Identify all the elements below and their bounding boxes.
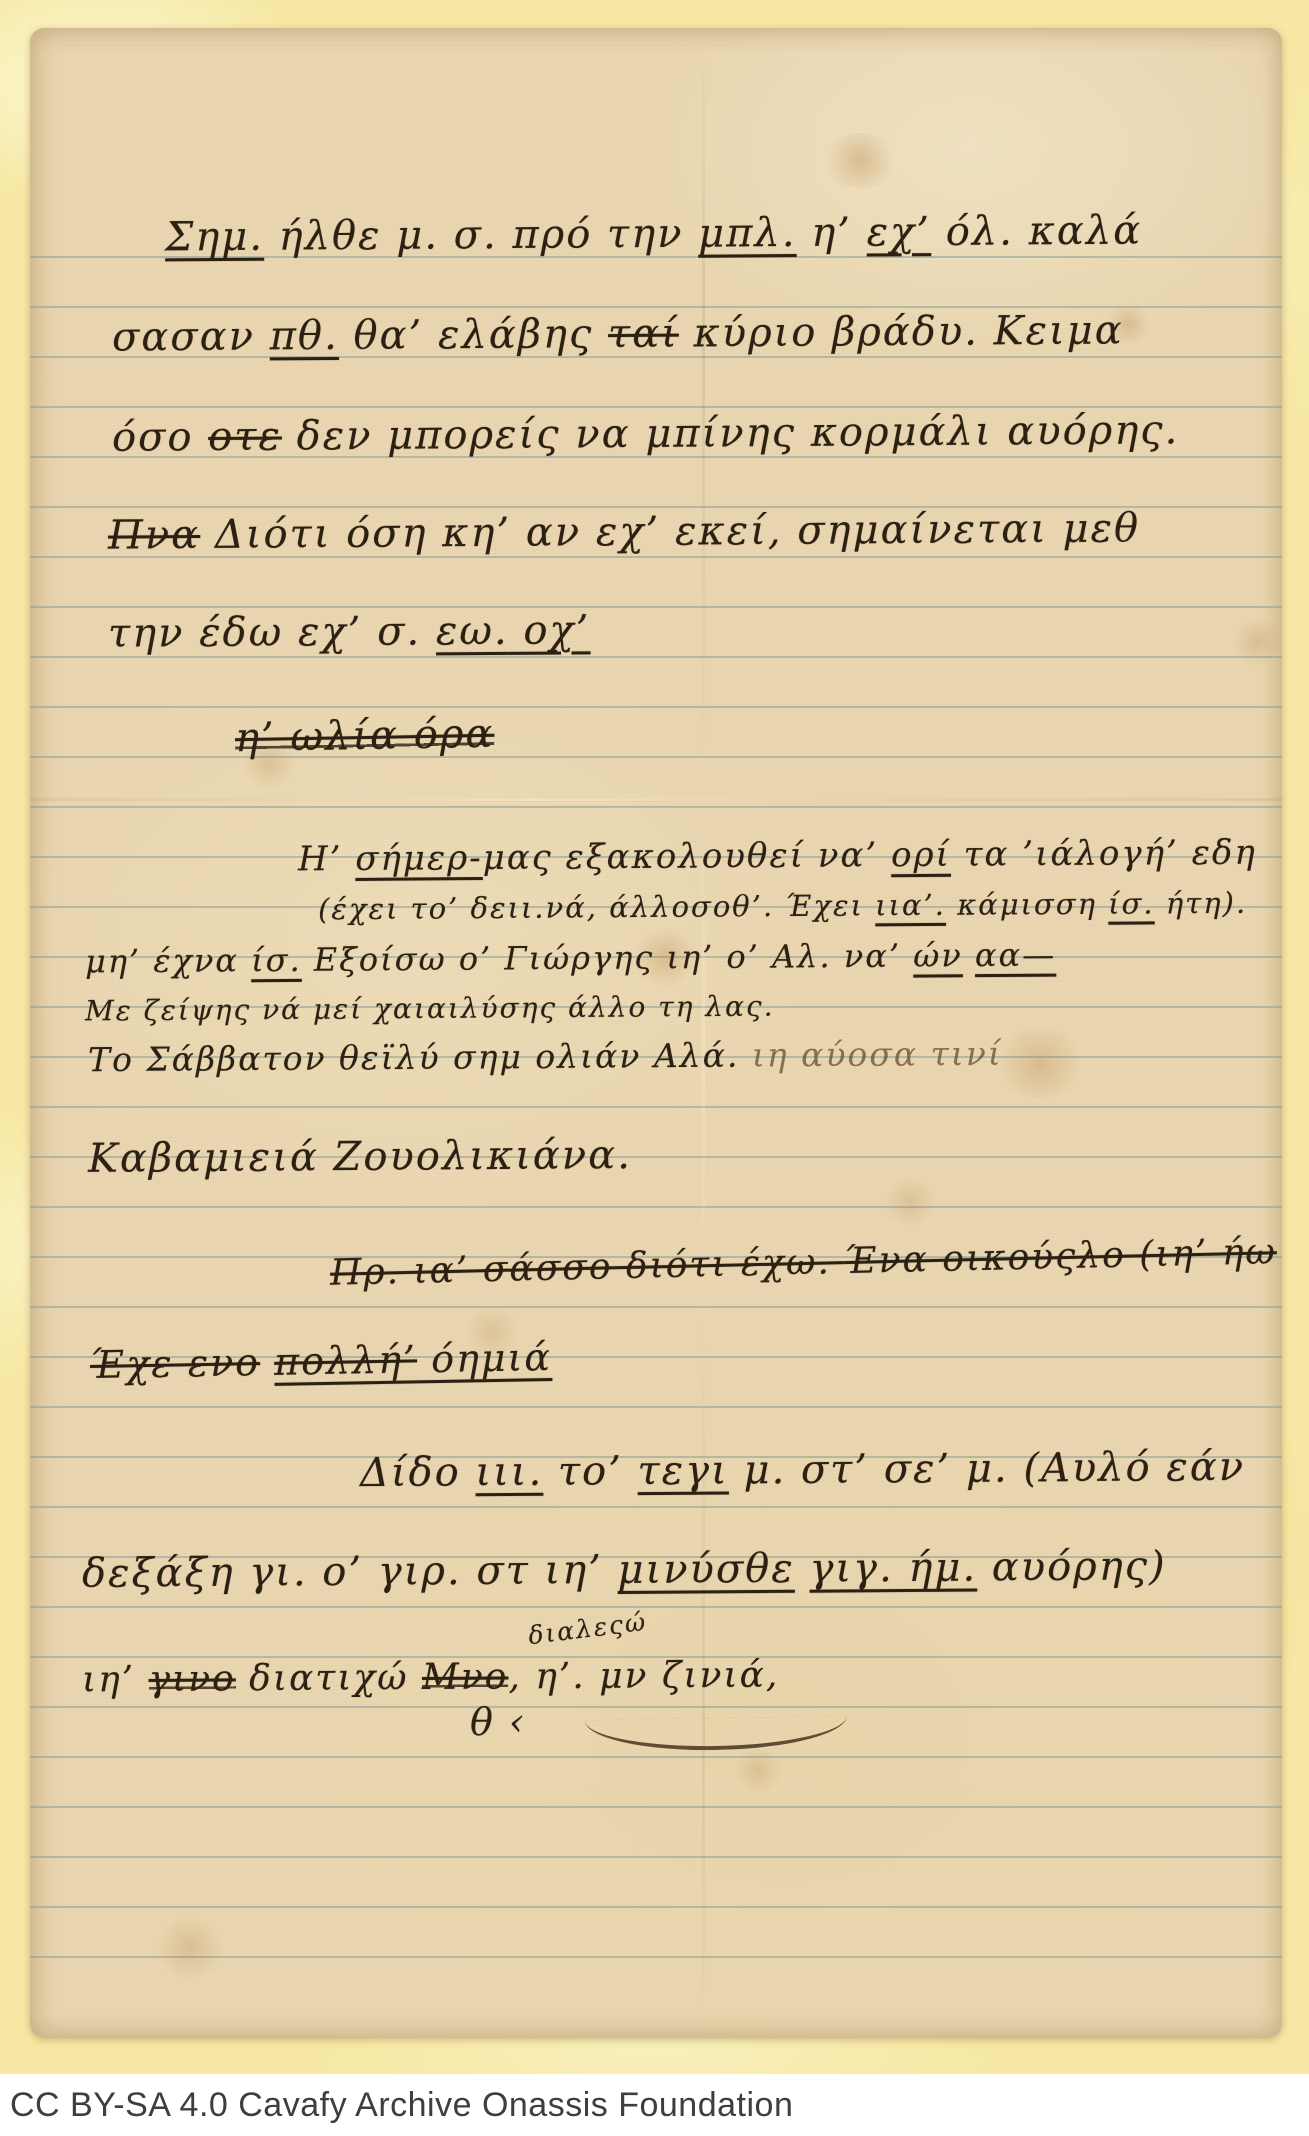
text-segment: γιγ. ήμ.	[809, 1545, 977, 1592]
struck-text-segment: η’ ωλία όρα	[235, 711, 495, 762]
text-segment: μη’ έχνα	[85, 941, 251, 980]
text-segment: σασαν	[112, 313, 270, 360]
handwriting-line-7: Η’ σήμερ-μας εξακολουθεί να’ ορί τα ’ιάλ…	[298, 833, 1257, 880]
foxing-stain	[990, 1028, 1090, 1098]
text-segment: ιια’.	[875, 888, 946, 922]
text-segment: εχ’	[866, 209, 931, 255]
text-segment: μπλ.	[698, 210, 797, 257]
text-segment: μινύσθε	[617, 1546, 794, 1593]
struck-text-segment: Πνα	[108, 512, 201, 559]
handwriting-insertion-word: διαλεςώ	[527, 1607, 649, 1650]
text-segment: Σημ.	[165, 214, 264, 261]
text-segment	[963, 936, 975, 974]
license-caption: CC BY-SA 4.0 Cavafy Archive Onassis Foun…	[0, 2086, 793, 2125]
text-segment: όλ. καλά	[931, 208, 1143, 255]
text-segment: θ ‹	[470, 1700, 526, 1744]
struck-text-segment: ταί	[608, 311, 679, 357]
text-segment: Εξοίσω ο’ Γιώργης ιη’ ο’ Αλ. να’	[302, 937, 914, 979]
text-segment: , η’. μν ζινιά,	[508, 1655, 779, 1698]
text-segment: ίσ.	[251, 941, 302, 979]
text-segment: διαλεςώ	[527, 1607, 649, 1650]
text-segment: πθ.	[270, 313, 339, 359]
foxing-stain	[150, 1918, 230, 1978]
text-segment: οχ’	[509, 607, 591, 654]
text-segment	[795, 1546, 810, 1592]
handwriting-line-1: Σημ. ήλθε μ. σ. πρό την μπλ. η’ εχ’ όλ. …	[165, 208, 1143, 261]
text-segment: δεξάξη γι. ο’ γιρ. στ ιη’	[82, 1547, 618, 1597]
text-segment: εω.	[436, 608, 509, 655]
struck-text-segment: πολλή’	[274, 1337, 418, 1383]
foxing-stain	[1230, 618, 1282, 666]
text-segment: ιιι.	[475, 1449, 543, 1495]
handwriting-line-10: Με ζείψης νά μεί χαιαιλύσης άλλο τη λας.	[85, 990, 775, 1028]
text-segment: κάμισση	[946, 887, 1108, 922]
handwriting-line-6: η’ ωλία όρα	[235, 711, 495, 762]
struck-text-segment: γινο	[148, 1658, 235, 1700]
text-segment: ίσ.	[1108, 886, 1155, 920]
foxing-stain	[880, 1178, 940, 1226]
text-segment: μας εξακολουθεί να’	[483, 835, 892, 878]
text-segment: σήμερ-	[355, 838, 483, 879]
text-segment: διατιχώ	[236, 1657, 422, 1699]
text-segment: όημιά	[417, 1335, 553, 1381]
text-segment: Με ζείψης νά μεί χαιαιλύσης άλλο τη λας.	[85, 990, 775, 1028]
handwriting-line-13: Πρ. ια’ σάσσο διότι έχω. Ένα οικούςλο (ι…	[330, 1231, 1278, 1293]
text-segment: το’	[543, 1448, 638, 1495]
foxing-stain	[730, 1748, 786, 1792]
handwriting-line-12: Καβαμιειά Ζουολικιάνα.	[88, 1132, 632, 1182]
faded-text-segment: ιη αύοσα τινί	[752, 1034, 1003, 1075]
handwriting-line-9: μη’ έχνα ίσ. Εξοίσω ο’ Γιώργης ιη’ ο’ Αλ…	[85, 936, 1056, 981]
text-segment: θα’ ελάβης	[339, 311, 609, 359]
text-segment: μ. στ’ σε’ μ. (Αυλό εάν	[729, 1444, 1246, 1494]
text-segment: τεγι	[637, 1448, 729, 1495]
handwriting-line-14: Έχε ενο πολλή’ όημιά	[90, 1335, 553, 1387]
handwriting-line-18: θ ‹	[470, 1700, 526, 1744]
text-segment: Δίδο	[360, 1449, 476, 1496]
text-segment: (έχει το’ δειι.νά, άλλοσοθ’. Έχει	[318, 888, 875, 926]
manuscript-page: Σημ. ήλθε μ. σ. πρό την μπλ. η’ εχ’ όλ. …	[30, 28, 1282, 2038]
struck-text-segment: Μνο	[422, 1656, 509, 1698]
text-segment	[260, 1340, 275, 1384]
pen-flourish-line	[585, 1716, 848, 1753]
text-segment: τα ’ιάλογή’ εδη	[951, 833, 1257, 875]
license-caption-bar: CC BY-SA 4.0 Cavafy Archive Onassis Foun…	[0, 2074, 1309, 2136]
handwriting-line-16: δεξάξη γι. ο’ γιρ. στ ιη’ μινύσθε γιγ. ή…	[82, 1543, 1167, 1597]
text-segment: όσο	[112, 414, 209, 461]
text-segment: αυόρης)	[977, 1543, 1167, 1590]
struck-text-segment: Πρ. ια’ σάσσο διότι έχω.	[330, 1241, 845, 1294]
text-segment: ήτη).	[1154, 886, 1247, 921]
text-segment: Το Σάββατον θεϊλύ σημ ολιάν Αλά.	[88, 1036, 752, 1080]
handwriting-line-4: Πνα Διότι όση κη’ αν εχ’ εκεί, σημαίνετα…	[108, 505, 1140, 558]
text-segment: ών	[913, 936, 963, 974]
struck-text-segment: Έχε ενο	[90, 1340, 261, 1387]
struck-text-segment: Ένα οικούςλο (ιη’ ήω	[844, 1231, 1277, 1282]
handwriting-line-11: Το Σάββατον θεϊλύ σημ ολιάν Αλά. ιη αύοσ…	[88, 1034, 1003, 1079]
text-segment: την έδω εχ’ σ.	[108, 608, 436, 656]
text-segment: ορί	[891, 835, 951, 875]
handwriting-line-5: την έδω εχ’ σ. εω. οχ’	[108, 607, 591, 656]
text-segment: αα—	[975, 936, 1056, 975]
foxing-stain	[820, 133, 900, 188]
text-segment: Η’	[298, 839, 356, 879]
handwriting-line-8: (έχει το’ δειι.νά, άλλοσοθ’. Έχει ιια’. …	[318, 886, 1247, 926]
text-segment: Διότι όση κη’ αν εχ’ εκεί, σημαίνεται με…	[200, 505, 1140, 558]
text-segment: Καβαμιειά Ζουολικιάνα.	[88, 1132, 632, 1182]
handwriting-line-2: σασαν πθ. θα’ ελάβης ταί κύριο βράδυ. Κε…	[112, 307, 1124, 360]
handwriting-line-3: όσο οτε δεν μπορείς να μπίνης κορμάλι αυ…	[112, 407, 1180, 460]
horizontal-fold-crease	[30, 798, 1282, 801]
handwriting-line-15: Δίδο ιιι. το’ τεγι μ. στ’ σε’ μ. (Αυλό ε…	[360, 1444, 1245, 1496]
text-segment: ιη’	[82, 1659, 149, 1700]
text-segment: κύριο βράδυ. Κειμα	[679, 307, 1124, 356]
handwriting-line-17: ιη’ γινο διατιχώ Μνο, η’. μν ζινιά,	[82, 1655, 780, 1701]
archival-mat-background: Σημ. ήλθε μ. σ. πρό την μπλ. η’ εχ’ όλ. …	[0, 0, 1309, 2074]
text-segment: δεν μπορείς να μπίνης κορμάλι αυόρης.	[282, 407, 1180, 459]
text-segment: ήλθε μ. σ. πρό την	[264, 211, 698, 260]
struck-text-segment: οτε	[208, 414, 282, 461]
text-segment: η’	[796, 210, 866, 256]
